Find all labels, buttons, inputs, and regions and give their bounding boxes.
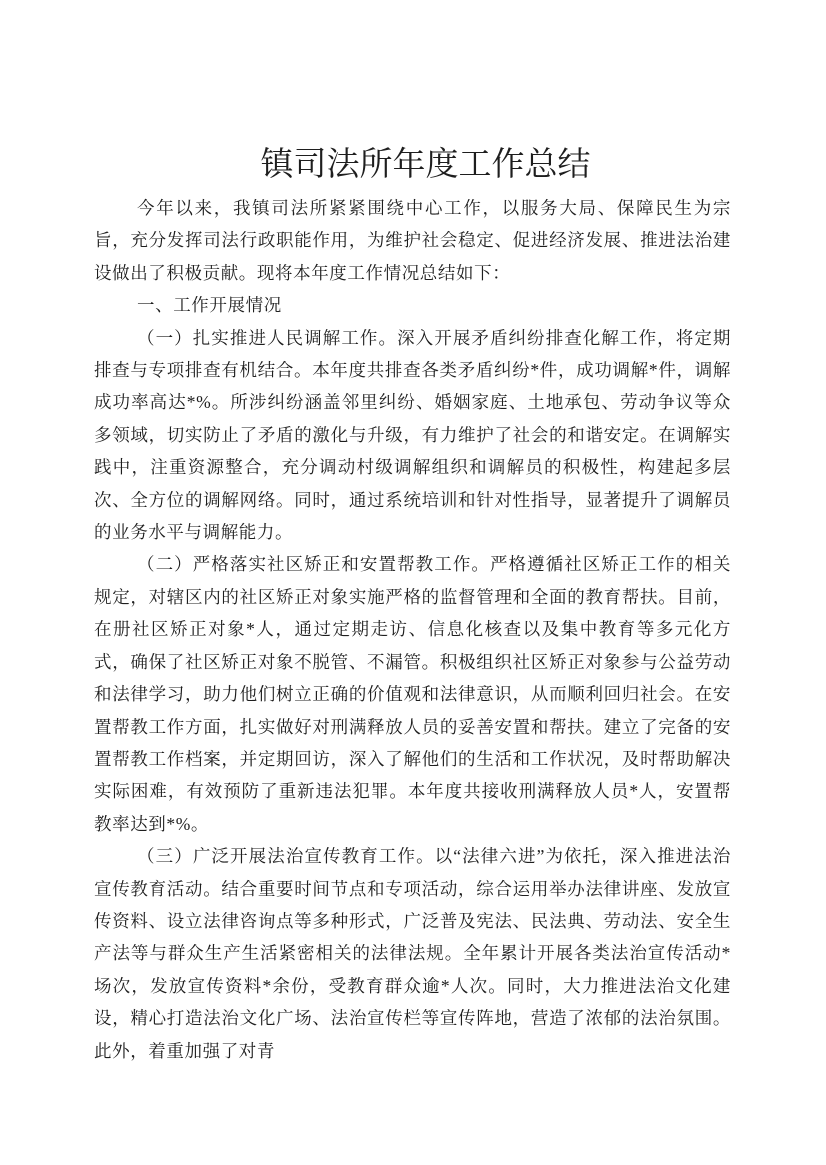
paragraph: （二）严格落实社区矫正和安置帮教工作。严格遵循社区矫正工作的相关规定，对辖区内的…	[94, 548, 731, 840]
document-body: 今年以来，我镇司法所紧紧围绕中心工作，以服务大局、保障民生为宗旨，充分发挥司法行…	[94, 192, 731, 1067]
document-page: 镇司法所年度工作总结 今年以来，我镇司法所紧紧围绕中心工作，以服务大局、保障民生…	[0, 0, 826, 1165]
section-heading: 一、工作开展情况	[94, 289, 731, 321]
document-content: 镇司法所年度工作总结 今年以来，我镇司法所紧紧围绕中心工作，以服务大局、保障民生…	[94, 142, 731, 1067]
paragraph: 今年以来，我镇司法所紧紧围绕中心工作，以服务大局、保障民生为宗旨，充分发挥司法行…	[94, 192, 731, 289]
paragraph: （三）广泛开展法治宣传教育工作。以“法律六进”为依托，深入推进法治宣传教育活动。…	[94, 840, 731, 1067]
document-title: 镇司法所年度工作总结	[94, 142, 731, 189]
paragraph: （一）扎实推进人民调解工作。深入开展矛盾纠纷排查化解工作，将定期排查与专项排查有…	[94, 322, 731, 549]
